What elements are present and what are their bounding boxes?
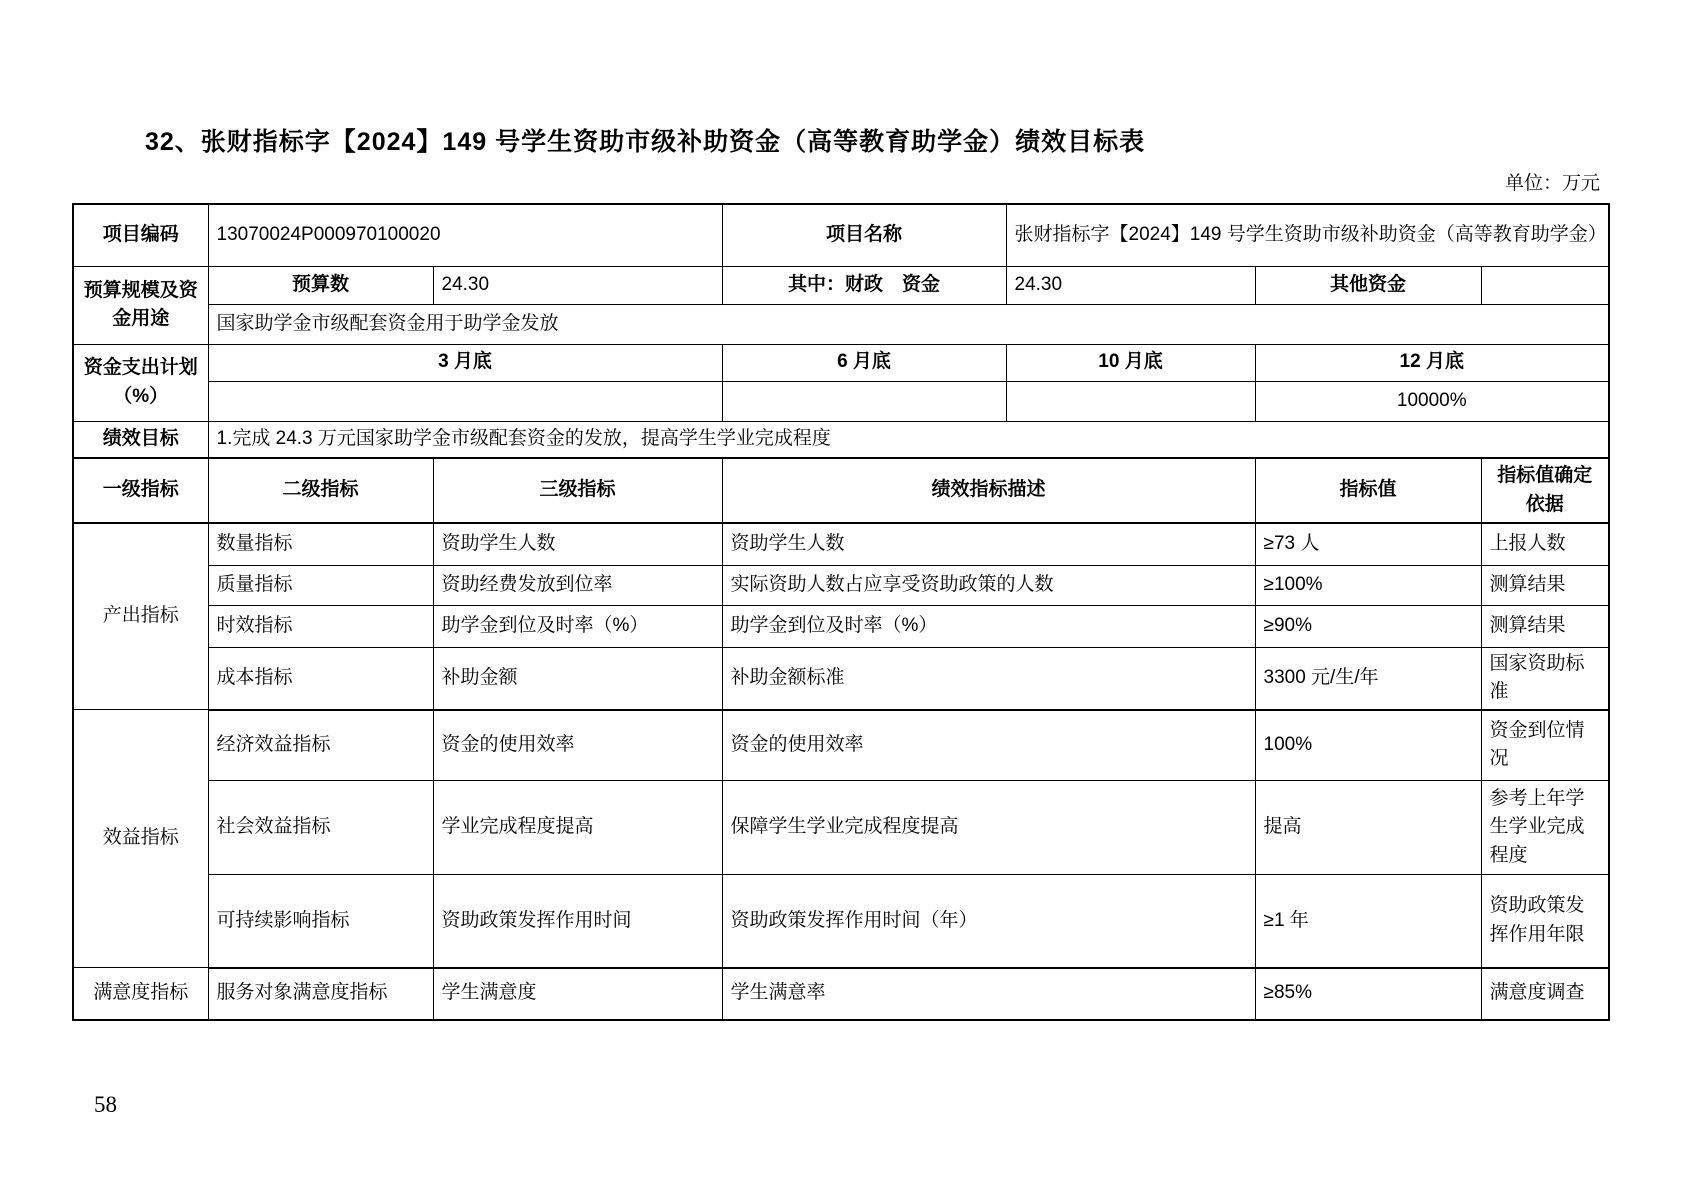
other-fund-label: 其他资金 [1255, 266, 1481, 304]
fiscal-fund-value: 24.30 [1006, 266, 1255, 304]
project-code-label: 项目编码 [73, 204, 208, 266]
plan-value-june [722, 381, 1006, 421]
description-cell: 资助学生人数 [722, 523, 1255, 565]
header-value: 指标值 [1255, 458, 1481, 523]
budget-amount-label: 预算数 [208, 266, 433, 304]
budget-section-label: 预算规模及资金用途 [73, 266, 208, 344]
level2-cell: 服务对象满意度指标 [208, 968, 433, 1020]
level3-cell: 助学金到位及时率（%） [433, 605, 722, 647]
basis-cell: 测算结果 [1481, 605, 1609, 647]
header-level3: 三级指标 [433, 458, 722, 523]
value-cell: ≥90% [1255, 605, 1481, 647]
level2-cell: 时效指标 [208, 605, 433, 647]
project-code-value: 13070024P000970100020 [208, 204, 722, 266]
level1-indicator-cell: 满意度指标 [73, 968, 208, 1020]
level2-cell: 数量指标 [208, 523, 433, 565]
period-march-label: 3 月底 [208, 344, 722, 381]
basis-cell: 资金到位情况 [1481, 710, 1609, 781]
description-cell: 学生满意率 [722, 968, 1255, 1020]
plan-value-march [208, 381, 722, 421]
indicator-row: 社会效益指标学业完成程度提高保障学生学业完成程度提高提高参考上年学生学业完成程度 [73, 781, 1609, 875]
basis-cell: 参考上年学生学业完成程度 [1481, 781, 1609, 875]
value-cell: 提高 [1255, 781, 1481, 875]
level2-cell: 可持续影响指标 [208, 875, 433, 968]
basis-cell: 满意度调查 [1481, 968, 1609, 1020]
level3-cell: 资助政策发挥作用时间 [433, 875, 722, 968]
period-june-label: 6 月底 [722, 344, 1006, 381]
indicators-body: 产出指标数量指标资助学生人数资助学生人数≥73 人上报人数质量指标资助经费发放到… [73, 523, 1609, 1020]
basis-cell: 上报人数 [1481, 523, 1609, 565]
description-cell: 资助政策发挥作用时间（年） [722, 875, 1255, 968]
level2-cell: 社会效益指标 [208, 781, 433, 875]
value-cell: 3300 元/生/年 [1255, 647, 1481, 710]
plan-value-october [1006, 381, 1255, 421]
header-level1: 一级指标 [73, 458, 208, 523]
level3-cell: 补助金额 [433, 647, 722, 710]
level2-cell: 成本指标 [208, 647, 433, 710]
level3-cell: 学业完成程度提高 [433, 781, 722, 875]
goal-value: 1.完成 24.3 万元国家助学金市级配套资金的发放，提高学生学业完成程度 [208, 421, 1609, 458]
fiscal-fund-label: 其中：财政 资金 [722, 266, 1006, 304]
level3-cell: 资助经费发放到位率 [433, 565, 722, 605]
description-cell: 保障学生学业完成程度提高 [722, 781, 1255, 875]
indicator-row: 质量指标资助经费发放到位率实际资助人数占应享受资助政策的人数≥100%测算结果 [73, 565, 1609, 605]
description-cell: 资金的使用效率 [722, 710, 1255, 781]
level3-cell: 资助学生人数 [433, 523, 722, 565]
basis-cell: 国家资助标准 [1481, 647, 1609, 710]
indicator-row: 成本指标补助金额补助金额标准3300 元/生/年国家资助标准 [73, 647, 1609, 710]
period-december-label: 12 月底 [1255, 344, 1609, 381]
page-title: 32、张财指标字【2024】149 号学生资助市级补助资金（高等教育助学金）绩效… [145, 122, 1145, 158]
value-cell: ≥85% [1255, 968, 1481, 1020]
goal-label: 绩效目标 [73, 421, 208, 458]
value-cell: 100% [1255, 710, 1481, 781]
project-row: 项目编码 13070024P000970100020 项目名称 张财指标字【20… [73, 204, 1609, 266]
level3-cell: 学生满意度 [433, 968, 722, 1020]
indicator-row: 可持续影响指标资助政策发挥作用时间资助政策发挥作用时间（年）≥1 年资助政策发挥… [73, 875, 1609, 968]
basis-cell: 测算结果 [1481, 565, 1609, 605]
value-cell: ≥1 年 [1255, 875, 1481, 968]
indicator-row: 时效指标助学金到位及时率（%）助学金到位及时率（%）≥90%测算结果 [73, 605, 1609, 647]
fund-usage-row: 国家助学金市级配套资金用于助学金发放 [73, 304, 1609, 344]
value-cell: ≥73 人 [1255, 523, 1481, 565]
indicator-header-row: 一级指标 二级指标 三级指标 绩效指标描述 指标值 指标值确定依据 [73, 458, 1609, 523]
project-name-value: 张财指标字【2024】149 号学生资助市级补助资金（高等教育助学金） [1006, 204, 1609, 266]
period-october-label: 10 月底 [1006, 344, 1255, 381]
budget-amount-value: 24.30 [433, 266, 722, 304]
spend-plan-values-row: 10000% [73, 381, 1609, 421]
header-basis: 指标值确定依据 [1481, 458, 1609, 523]
goal-row: 绩效目标 1.完成 24.3 万元国家助学金市级配套资金的发放，提高学生学业完成… [73, 421, 1609, 458]
level1-indicator-cell: 效益指标 [73, 710, 208, 968]
unit-note: 单位：万元 [72, 168, 1600, 195]
description-cell: 助学金到位及时率（%） [722, 605, 1255, 647]
budget-row: 预算规模及资金用途 预算数 24.30 其中：财政 资金 24.30 其他资金 [73, 266, 1609, 304]
level1-indicator-cell: 产出指标 [73, 523, 208, 710]
plan-value-december: 10000% [1255, 381, 1609, 421]
page-number: 58 [94, 1092, 117, 1118]
indicator-row: 产出指标数量指标资助学生人数资助学生人数≥73 人上报人数 [73, 523, 1609, 565]
spend-plan-header-row: 资金支出计划（%） 3 月底 6 月底 10 月底 12 月底 [73, 344, 1609, 381]
indicator-row: 满意度指标服务对象满意度指标学生满意度学生满意率≥85%满意度调查 [73, 968, 1609, 1020]
performance-target-table: 项目编码 13070024P000970100020 项目名称 张财指标字【20… [72, 203, 1610, 1021]
indicator-row: 效益指标经济效益指标资金的使用效率资金的使用效率100%资金到位情况 [73, 710, 1609, 781]
description-cell: 补助金额标准 [722, 647, 1255, 710]
level2-cell: 经济效益指标 [208, 710, 433, 781]
level2-cell: 质量指标 [208, 565, 433, 605]
header-level2: 二级指标 [208, 458, 433, 523]
header-description: 绩效指标描述 [722, 458, 1255, 523]
level3-cell: 资金的使用效率 [433, 710, 722, 781]
fund-usage-value: 国家助学金市级配套资金用于助学金发放 [208, 304, 1609, 344]
description-cell: 实际资助人数占应享受资助政策的人数 [722, 565, 1255, 605]
project-name-label: 项目名称 [722, 204, 1006, 266]
basis-cell: 资助政策发挥作用年限 [1481, 875, 1609, 968]
other-fund-value [1481, 266, 1609, 304]
spend-plan-label: 资金支出计划（%） [73, 344, 208, 421]
value-cell: ≥100% [1255, 565, 1481, 605]
